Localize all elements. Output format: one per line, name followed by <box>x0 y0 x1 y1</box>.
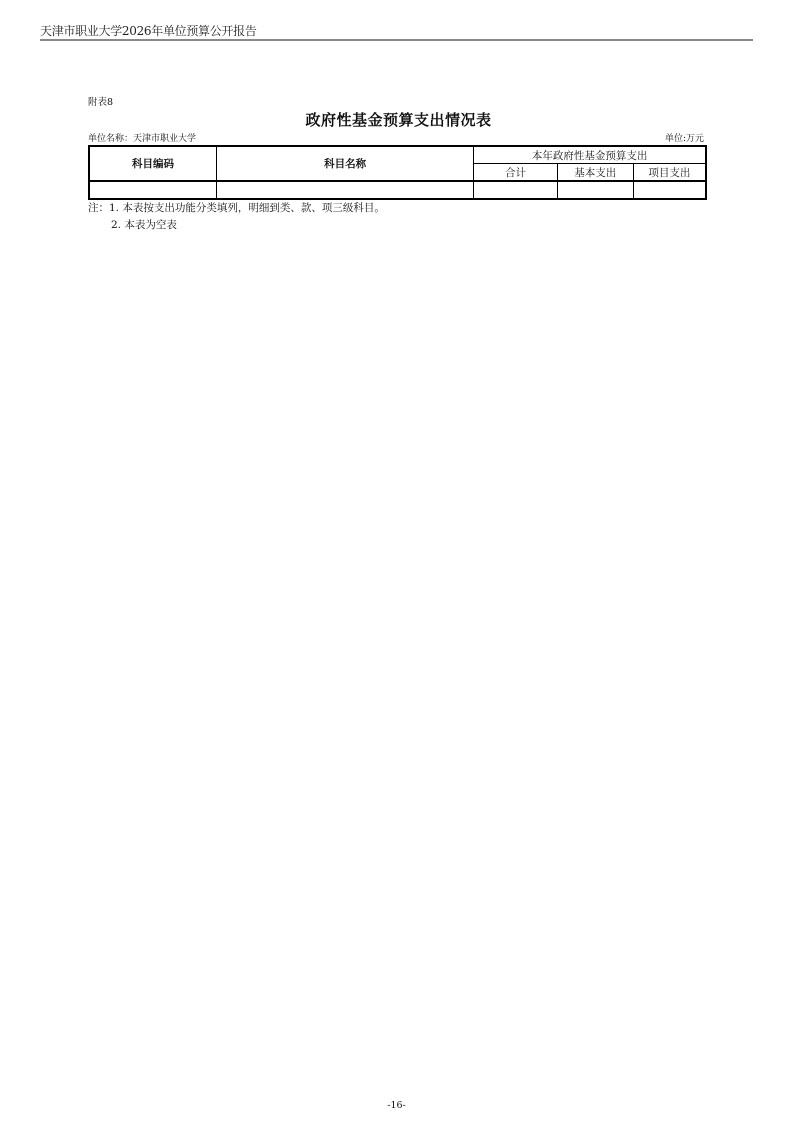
header-basic-expenditure: 基本支出 <box>557 164 633 182</box>
page-number: -16- <box>0 1100 793 1111</box>
annex-label: 附表8 <box>88 94 113 108</box>
budget-table: 科目编码 科目名称 本年政府性基金预算支出 合计 基本支出 项目支出 <box>88 145 707 200</box>
header-subject-code: 科目编码 <box>89 146 217 181</box>
cell-project-expenditure <box>633 181 706 199</box>
header-group-expenditure: 本年政府性基金预算支出 <box>474 146 706 164</box>
note-2: 2. 本表为空表 <box>88 217 385 234</box>
header-rule <box>40 39 753 41</box>
cell-total <box>474 181 558 199</box>
cell-subject-name <box>217 181 474 199</box>
cell-subject-code <box>89 181 217 199</box>
page-title: 政府性基金预算支出情况表 <box>0 109 793 130</box>
note-1: 注：1. 本表按支出功能分类填列，明细到类、款、项三级科目。 <box>88 200 385 217</box>
running-header: 天津市职业大学2026年单位预算公开报告 <box>40 22 257 39</box>
header-project-expenditure: 项目支出 <box>633 164 706 182</box>
header-total: 合计 <box>474 164 558 182</box>
header-subject-name: 科目名称 <box>217 146 474 181</box>
unit-name: 单位名称：天津市职业大学 <box>88 131 196 144</box>
cell-basic-expenditure <box>557 181 633 199</box>
table-header-row: 科目编码 科目名称 本年政府性基金预算支出 <box>89 146 706 164</box>
unit-measure: 单位:万元 <box>665 131 704 144</box>
table-notes: 注：1. 本表按支出功能分类填列，明细到类、款、项三级科目。 2. 本表为空表 <box>88 200 385 234</box>
table-row <box>89 181 706 199</box>
